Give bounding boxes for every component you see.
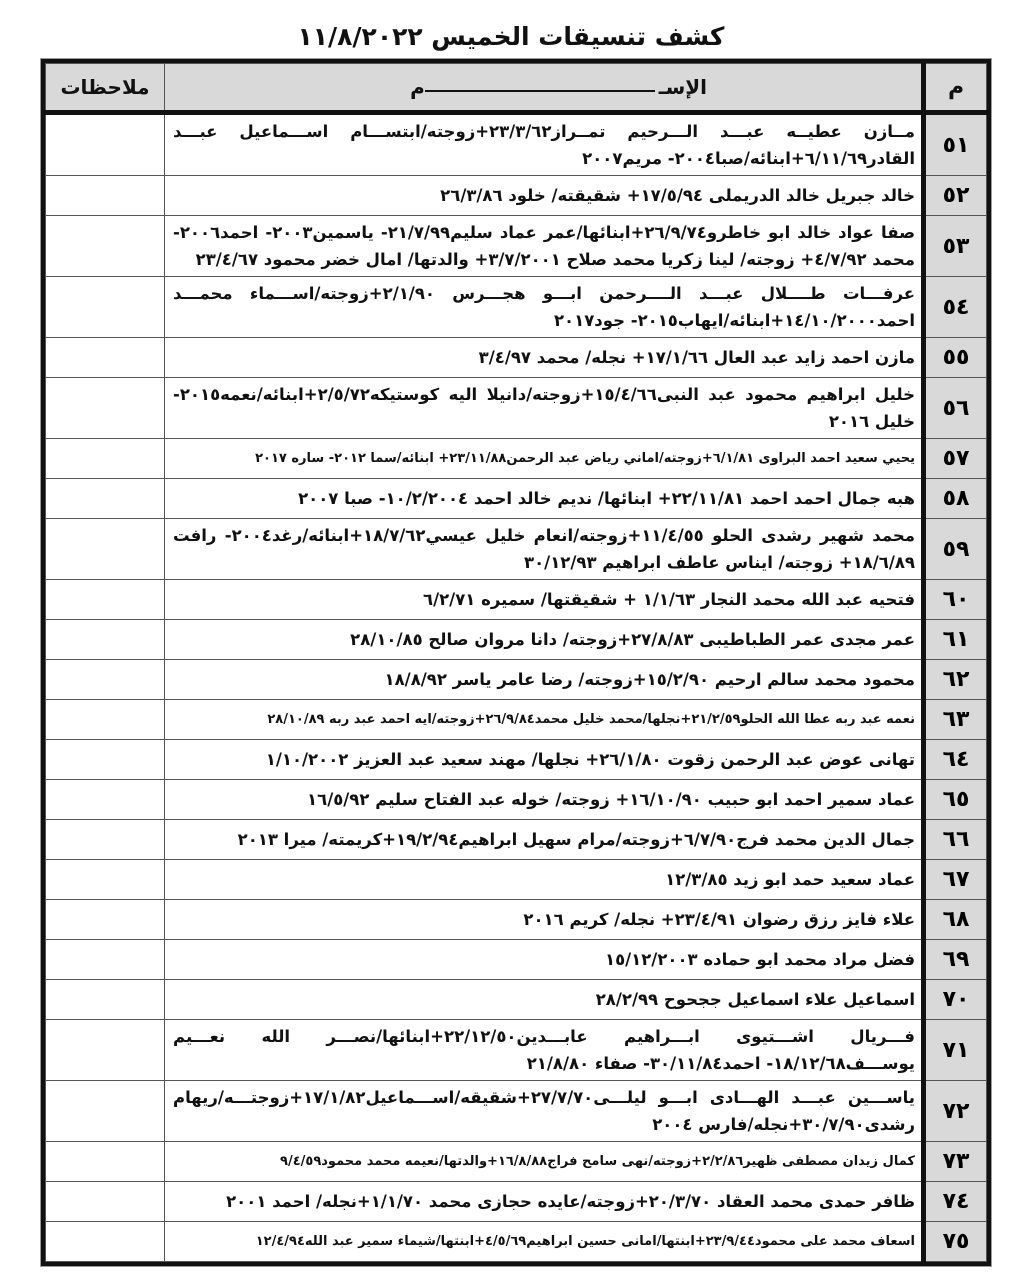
row-number: ٧٥	[924, 1222, 987, 1262]
table-row: ٧٢ياســـين عبـــد الهـــادى ابـــو ليلــ…	[46, 1081, 987, 1142]
row-notes	[46, 980, 165, 1020]
row-notes	[46, 1020, 165, 1081]
row-notes	[46, 1222, 165, 1262]
row-notes	[46, 338, 165, 378]
table-row: ٦٠فتحيه عبد الله محمد النجار ١/١/٦٣ + شق…	[46, 580, 987, 620]
row-names: صفا عواد خالد ابو خاطرو٢٦/٩/٧٤+ابنائها/ع…	[165, 216, 924, 277]
header-name-stretch	[425, 90, 655, 92]
row-notes	[46, 1081, 165, 1142]
row-notes	[46, 277, 165, 338]
row-number: ٧٢	[924, 1081, 987, 1142]
row-notes	[46, 1142, 165, 1182]
document-title: كشف تنسيقات الخميس ١١/٨/٢٠٢٢	[0, 22, 1022, 51]
row-notes	[46, 940, 165, 980]
row-notes	[46, 439, 165, 479]
row-number: ٥٧	[924, 439, 987, 479]
row-number: ٦٤	[924, 740, 987, 780]
row-names: فتحيه عبد الله محمد النجار ١/١/٦٣ + شقيق…	[165, 580, 924, 620]
row-names: تهانى عوض عبد الرحمن زقوت ٢٦/١/٨٠+ نجلها…	[165, 740, 924, 780]
row-names: فضل مراد محمد ابو حماده ١٥/١٢/٢٠٠٣	[165, 940, 924, 980]
row-number: ٥١	[924, 113, 987, 176]
table-row: ٦٥عماد سمير احمد ابو حبيب ١٦/١٠/٩٠+ زوجت…	[46, 780, 987, 820]
row-names: عرفـــات طــــلال عبـــد الــــرحمن ابــ…	[165, 277, 924, 338]
row-names: ياســـين عبـــد الهـــادى ابـــو ليلـــى…	[165, 1081, 924, 1142]
table-row: ٧٣كمال زيدان مصطفى ظهير٢/٢/٨٦+زوجته/نهى …	[46, 1142, 987, 1182]
row-notes	[46, 1182, 165, 1222]
row-names: ظافر حمدى محمد العقاد ٢٠/٣/٧٠+زوجته/عايد…	[165, 1182, 924, 1222]
table-row: ٥٥مازن احمد زايد عبد العال ١٧/١/٦٦+ نجله…	[46, 338, 987, 378]
row-number: ٥٣	[924, 216, 987, 277]
table-row: ٦٩فضل مراد محمد ابو حماده ١٥/١٢/٢٠٠٣	[46, 940, 987, 980]
header-name-label: الإسـ	[659, 75, 707, 99]
row-names: كمال زيدان مصطفى ظهير٢/٢/٨٦+زوجته/نهى سا…	[165, 1142, 924, 1182]
row-number: ٦٦	[924, 820, 987, 860]
row-names: جمال الدين محمد فرج٦/٧/٩٠+زوجته/مرام سهي…	[165, 820, 924, 860]
table-row: ٥٣صفا عواد خالد ابو خاطرو٢٦/٩/٧٤+ابنائها…	[46, 216, 987, 277]
row-number: ٦٩	[924, 940, 987, 980]
table-row: ٦٢محمود محمد سالم ارحيم ١٥/٢/٩٠+زوجته/ ر…	[46, 660, 987, 700]
row-number: ٥٤	[924, 277, 987, 338]
table-row: ٥٨هبه جمال احمد احمد ٢٢/١١/٨١+ ابنائها/ …	[46, 479, 987, 519]
header-notes: ملاحظات	[46, 64, 165, 113]
table-row: ٧١فـــريال اشـــتيوى ابـــراهيم عابـــدي…	[46, 1020, 987, 1081]
row-number: ٧٠	[924, 980, 987, 1020]
row-number: ٥٩	[924, 519, 987, 580]
row-names: علاء فايز رزق رضوان ٢٣/٤/٩١+ نجله/ كريم …	[165, 900, 924, 940]
coordination-table: م الإسـم ملاحظات ٥١مــازن عطيــه عبـــد …	[45, 63, 987, 1262]
row-number: ٦٧	[924, 860, 987, 900]
table-row: ٦١عمر مجدى عمر الطباطيبى ٢٧/٨/٨٣+زوجته/ …	[46, 620, 987, 660]
table-row: ٥٤عرفـــات طــــلال عبـــد الــــرحمن اب…	[46, 277, 987, 338]
table-row: ٦٨علاء فايز رزق رضوان ٢٣/٤/٩١+ نجله/ كري…	[46, 900, 987, 940]
row-number: ٥٥	[924, 338, 987, 378]
row-names: نعمه عبد ربه عطا الله الحلو٢١/٢/٥٩+نجلها…	[165, 700, 924, 740]
table-body: ٥١مــازن عطيــه عبـــد الـــرحيم تمــراز…	[46, 113, 987, 1262]
row-names: اسماعيل علاء اسماعيل ججحوح ٢٨/٢/٩٩	[165, 980, 924, 1020]
row-names: عماد سعيد حمد ابو زيد ١٢/٣/٨٥	[165, 860, 924, 900]
row-number: ٥٨	[924, 479, 987, 519]
row-number: ٦٨	[924, 900, 987, 940]
header-name-tail: م	[410, 75, 425, 99]
row-number: ٧٤	[924, 1182, 987, 1222]
table-row: ٥٧يحيي سعيد احمد البراوى ٦/١/٨١+زوجته/ام…	[46, 439, 987, 479]
row-names: محمود محمد سالم ارحيم ١٥/٢/٩٠+زوجته/ رضا…	[165, 660, 924, 700]
row-number: ٦٠	[924, 580, 987, 620]
table-header-row: م الإسـم ملاحظات	[46, 64, 987, 113]
row-notes	[46, 216, 165, 277]
row-notes	[46, 620, 165, 660]
row-notes	[46, 113, 165, 176]
row-number: ٦١	[924, 620, 987, 660]
table-row: ٥١مــازن عطيــه عبـــد الـــرحيم تمــراز…	[46, 113, 987, 176]
row-notes	[46, 740, 165, 780]
header-name: الإسـم	[165, 64, 924, 113]
row-number: ٦٣	[924, 700, 987, 740]
row-names: عماد سمير احمد ابو حبيب ١٦/١٠/٩٠+ زوجته/…	[165, 780, 924, 820]
table-row: ٥٦خليل ابراهيم محمود عبد النبى١٥/٤/٦٦+زو…	[46, 378, 987, 439]
row-number: ٥٢	[924, 176, 987, 216]
row-names: مــازن عطيــه عبـــد الـــرحيم تمــراز٢٣…	[165, 113, 924, 176]
row-notes	[46, 580, 165, 620]
row-number: ٦٥	[924, 780, 987, 820]
table-row: ٧٥اسعاف محمد على محمود٢٣/٩/٤٤+ابنتها/اما…	[46, 1222, 987, 1262]
row-notes	[46, 820, 165, 860]
row-names: يحيي سعيد احمد البراوى ٦/١/٨١+زوجته/امان…	[165, 439, 924, 479]
row-names: خالد جبريل خالد الدريملى ١٧/٥/٩٤+ شقيقته…	[165, 176, 924, 216]
row-notes	[46, 700, 165, 740]
table-row: ٧٤ظافر حمدى محمد العقاد ٢٠/٣/٧٠+زوجته/عا…	[46, 1182, 987, 1222]
row-names: هبه جمال احمد احمد ٢٢/١١/٨١+ ابنائها/ ند…	[165, 479, 924, 519]
table-row: ٥٩محمد شهير رشدى الحلو ١١/٤/٥٥+زوجته/انع…	[46, 519, 987, 580]
row-names: فـــريال اشـــتيوى ابـــراهيم عابـــدين٢…	[165, 1020, 924, 1081]
row-names: عمر مجدى عمر الطباطيبى ٢٧/٨/٨٣+زوجته/ دا…	[165, 620, 924, 660]
row-notes	[46, 860, 165, 900]
row-notes	[46, 479, 165, 519]
table-row: ٦٤تهانى عوض عبد الرحمن زقوت ٢٦/١/٨٠+ نجل…	[46, 740, 987, 780]
row-number: ٥٦	[924, 378, 987, 439]
row-names: اسعاف محمد على محمود٢٣/٩/٤٤+ابنتها/امانى…	[165, 1222, 924, 1262]
row-number: ٦٢	[924, 660, 987, 700]
row-notes	[46, 780, 165, 820]
row-notes	[46, 378, 165, 439]
row-notes	[46, 519, 165, 580]
table-row: ٧٠اسماعيل علاء اسماعيل ججحوح ٢٨/٢/٩٩	[46, 980, 987, 1020]
row-notes	[46, 660, 165, 700]
row-number: ٧١	[924, 1020, 987, 1081]
row-names: خليل ابراهيم محمود عبد النبى١٥/٤/٦٦+زوجت…	[165, 378, 924, 439]
row-number: ٧٣	[924, 1142, 987, 1182]
row-notes	[46, 900, 165, 940]
row-names: مازن احمد زايد عبد العال ١٧/١/٦٦+ نجله/ …	[165, 338, 924, 378]
table-row: ٦٣نعمه عبد ربه عطا الله الحلو٢١/٢/٥٩+نجل…	[46, 700, 987, 740]
table-row: ٦٧عماد سعيد حمد ابو زيد ١٢/٣/٨٥	[46, 860, 987, 900]
row-names: محمد شهير رشدى الحلو ١١/٤/٥٥+زوجته/انعام…	[165, 519, 924, 580]
table-row: ٥٢خالد جبريل خالد الدريملى ١٧/٥/٩٤+ شقيق…	[46, 176, 987, 216]
coordination-table-frame: م الإسـم ملاحظات ٥١مــازن عطيــه عبـــد …	[41, 59, 991, 1266]
header-number: م	[924, 64, 987, 113]
table-row: ٦٦جمال الدين محمد فرج٦/٧/٩٠+زوجته/مرام س…	[46, 820, 987, 860]
row-notes	[46, 176, 165, 216]
